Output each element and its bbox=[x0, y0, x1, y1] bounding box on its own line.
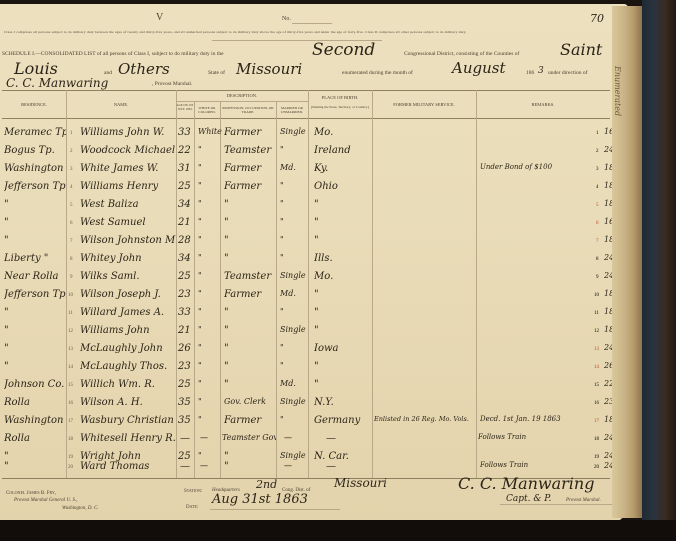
row-birthplace: " bbox=[314, 235, 372, 246]
row-name: Whitey John bbox=[80, 253, 176, 264]
row-name: Wilks Saml. bbox=[80, 271, 176, 282]
row-margin-index: 3 bbox=[596, 167, 599, 172]
row-married: Single bbox=[280, 397, 308, 406]
row-color: " bbox=[198, 181, 202, 190]
signature: C. C. Manwaring bbox=[458, 474, 594, 493]
row-margin-index: 7 bbox=[596, 239, 599, 244]
row-married: Single bbox=[280, 127, 308, 136]
table-header-bottom bbox=[2, 118, 610, 119]
marshal-name: C. C. Manwaring bbox=[6, 76, 108, 90]
book-cover bbox=[642, 0, 676, 541]
row-number: 11 bbox=[68, 311, 73, 316]
row-color: " bbox=[198, 199, 202, 208]
row-married: " bbox=[280, 361, 308, 370]
header-birthplace: Place of Birth. bbox=[308, 95, 372, 100]
row-age: 35 bbox=[178, 397, 191, 408]
table-row: Washington Tp.3White James W.31"FarmerMd… bbox=[0, 162, 610, 180]
row-name: Williams Henry bbox=[80, 181, 176, 192]
row-profession: " bbox=[224, 361, 276, 372]
row-married: Single bbox=[280, 271, 308, 280]
schedule-label: SCHEDULE I.—CONSOLIDATED LIST of all per… bbox=[2, 51, 224, 57]
row-number: 17 bbox=[68, 419, 73, 424]
row-profession: " bbox=[224, 343, 276, 354]
row-age: 23 bbox=[178, 289, 191, 300]
row-margin-index: 5 bbox=[596, 203, 599, 208]
row-number: 20 bbox=[68, 465, 73, 470]
bottom-shadow bbox=[0, 520, 676, 541]
row-former-service: Enlisted in 26 Reg. Mo. Vols. bbox=[374, 415, 476, 423]
marshal-title: , Provost Marshal. bbox=[152, 81, 192, 87]
row-residence: Washington Tp. bbox=[4, 415, 66, 426]
row-residence: " bbox=[4, 361, 66, 372]
table-top-border bbox=[2, 90, 610, 91]
row-number: 8 bbox=[70, 257, 73, 262]
row-birthplace: — bbox=[326, 433, 372, 444]
direction-label: under direction of bbox=[548, 70, 587, 76]
row-margin-index: 11 bbox=[594, 311, 599, 316]
row-profession: " bbox=[224, 379, 276, 390]
number-underline bbox=[292, 23, 332, 24]
row-birthplace: " bbox=[314, 307, 372, 318]
header-profession: Profession, Occupation, or Trade. bbox=[220, 106, 276, 114]
table-row: Johnson Co.15Willich Wm. R.25""Md."1522 bbox=[0, 378, 610, 396]
row-birthplace: Mo. bbox=[314, 271, 372, 282]
row-residence: Rolla bbox=[4, 397, 66, 408]
row-married: Single bbox=[280, 325, 308, 334]
row-birthplace: " bbox=[314, 361, 372, 372]
row-birthplace: Germany bbox=[314, 415, 372, 426]
row-profession: " bbox=[224, 461, 276, 472]
row-number: 5 bbox=[70, 203, 73, 208]
row-number: 2 bbox=[70, 149, 73, 154]
row-age: 34 bbox=[178, 253, 191, 264]
station-district: 2nd bbox=[256, 478, 277, 491]
row-birthplace: Mo. bbox=[314, 127, 372, 138]
row-number: 7 bbox=[70, 239, 73, 244]
row-name: West Samuel bbox=[80, 217, 176, 228]
number-label: No. bbox=[282, 16, 291, 22]
table-row: Meramec Tp.1Williams John W.33WhiteFarme… bbox=[0, 126, 610, 144]
row-residence: " bbox=[4, 217, 66, 228]
row-birthplace: N.Y. bbox=[314, 397, 372, 408]
row-number: 10 bbox=[68, 293, 73, 298]
row-married: " bbox=[280, 235, 308, 244]
row-residence: " bbox=[4, 235, 66, 246]
row-married: — bbox=[284, 461, 308, 470]
counties-part3: Others bbox=[118, 60, 170, 78]
row-age: 25 bbox=[178, 271, 191, 282]
row-name: Ward Thomas bbox=[80, 461, 176, 472]
row-number: 12 bbox=[68, 329, 73, 334]
table-row: Washington Tp.17Wasbury Christian35"Farm… bbox=[0, 414, 610, 432]
row-color: White bbox=[198, 127, 222, 136]
row-name: Willich Wm. R. bbox=[80, 379, 176, 390]
row-color: " bbox=[198, 343, 202, 352]
row-margin-index: 14 bbox=[594, 365, 599, 370]
row-residence: Jefferson Tp. bbox=[4, 289, 66, 300]
instructions-line: Class I comprises all persons subject to… bbox=[4, 30, 610, 34]
table-row: "7Wilson Johnston M.28""""718 bbox=[0, 234, 610, 252]
row-color: " bbox=[198, 271, 202, 280]
year-prefix: 186 bbox=[526, 70, 534, 76]
row-margin-index: 10 bbox=[594, 293, 599, 298]
date-underline bbox=[210, 509, 340, 510]
signature-rank: Capt. & P. bbox=[506, 494, 551, 504]
row-name: Wilson Johnston M. bbox=[80, 235, 176, 246]
row-name: Wilson A. H. bbox=[80, 397, 176, 408]
row-profession: Teamster bbox=[224, 145, 276, 156]
header-description: Description. bbox=[176, 93, 308, 98]
row-profession: Teamster Govt. bbox=[222, 433, 276, 442]
row-residence: Meramec Tp. bbox=[4, 127, 66, 138]
row-age: 26 bbox=[178, 343, 191, 354]
row-married: " bbox=[280, 199, 308, 208]
table-row: "6West Samuel21""""616 bbox=[0, 216, 610, 234]
row-number: 13 bbox=[68, 347, 73, 352]
row-residence: Rolla bbox=[4, 433, 66, 444]
tally-mark: V bbox=[156, 12, 163, 23]
row-margin-index: 6 bbox=[596, 221, 599, 226]
row-profession: Farmer bbox=[224, 163, 276, 174]
row-profession: Farmer bbox=[224, 181, 276, 192]
page-binding-edge: Enumerated bbox=[612, 6, 642, 518]
row-age: — bbox=[180, 461, 190, 472]
row-age: 33 bbox=[178, 127, 191, 138]
row-birthplace: " bbox=[314, 199, 372, 210]
header-former-service: Former Military Service. bbox=[372, 102, 476, 107]
row-birthplace: Ky. bbox=[314, 163, 372, 174]
row-color: " bbox=[198, 451, 202, 460]
state-label: State of bbox=[208, 70, 225, 76]
row-age: 21 bbox=[178, 325, 191, 336]
year-digit: 3 bbox=[538, 66, 544, 76]
row-name: Williams John bbox=[80, 325, 176, 336]
row-name: Wilson Joseph J. bbox=[80, 289, 176, 300]
table-row: "5West Baliza34""""518 bbox=[0, 198, 610, 216]
table-row: "14McLaughly Thos.23""""1426 bbox=[0, 360, 610, 378]
signature-title: Provost Marshal. bbox=[566, 498, 601, 503]
row-residence: " bbox=[4, 461, 66, 472]
row-profession: Gov. Clerk bbox=[224, 397, 276, 406]
page-number: 70 bbox=[590, 12, 604, 25]
row-number: 1 bbox=[70, 131, 73, 136]
row-age: 35 bbox=[178, 415, 191, 426]
row-margin-index: 13 bbox=[594, 347, 599, 352]
row-residence: " bbox=[4, 307, 66, 318]
row-age: 21 bbox=[178, 217, 191, 228]
row-remarks: Under Bond of $100 bbox=[480, 163, 590, 171]
row-married: " bbox=[280, 145, 308, 154]
row-color: " bbox=[198, 145, 202, 154]
row-number: 9 bbox=[70, 275, 73, 280]
row-age: — bbox=[180, 433, 190, 444]
row-residence: Johnson Co. bbox=[4, 379, 66, 390]
header-name: Name. bbox=[66, 102, 176, 107]
row-name: McLaughly Thos. bbox=[80, 361, 176, 372]
row-residence: Washington Tp. bbox=[4, 163, 66, 174]
state-value: Missouri bbox=[236, 60, 302, 78]
row-profession: Farmer bbox=[224, 289, 276, 300]
row-margin-index: 1 bbox=[596, 131, 599, 136]
row-number: 18 bbox=[68, 437, 73, 442]
row-name: Wasbury Christian bbox=[80, 415, 176, 426]
row-remarks: Follows Train bbox=[480, 461, 590, 469]
row-birthplace: " bbox=[314, 379, 372, 390]
row-color: — bbox=[200, 461, 208, 470]
row-color: " bbox=[198, 217, 202, 226]
row-profession: Farmer bbox=[224, 415, 276, 426]
row-remarks: Follows Train bbox=[478, 433, 588, 441]
row-name: West Baliza bbox=[80, 199, 176, 210]
row-married: " bbox=[280, 253, 308, 262]
row-birthplace: — bbox=[326, 461, 372, 472]
district-suffix: Congressional District, consisting of th… bbox=[404, 51, 519, 57]
table-row: Jefferson Tp.10Wilson Joseph J.23"Farmer… bbox=[0, 288, 610, 306]
row-name: McLaughly John bbox=[80, 343, 176, 354]
table-row: "12Williams John21""Single"1218 bbox=[0, 324, 610, 342]
station-state: Missouri bbox=[334, 476, 387, 490]
row-color: " bbox=[198, 235, 202, 244]
row-color: " bbox=[198, 379, 202, 388]
table-row: "13McLaughly John26"""Iowa1324 bbox=[0, 342, 610, 360]
date-label: Date: bbox=[186, 504, 198, 510]
station-label: Station: bbox=[184, 488, 202, 494]
row-color: " bbox=[198, 361, 202, 370]
row-color: " bbox=[198, 289, 202, 298]
row-age: 28 bbox=[178, 235, 191, 246]
row-married: Md. bbox=[280, 289, 308, 298]
row-margin-index: 8 bbox=[596, 257, 599, 262]
addressee-line2: Provost Marshal General U. S., bbox=[14, 498, 78, 503]
margin-note: Enumerated bbox=[613, 66, 622, 116]
table-row: Rolla16Wilson A. H.35"Gov. ClerkSingleN.… bbox=[0, 396, 610, 414]
row-married: " bbox=[280, 343, 308, 352]
row-age: 33 bbox=[178, 307, 191, 318]
row-age: 31 bbox=[178, 163, 191, 174]
row-margin-index: 16 bbox=[594, 401, 599, 406]
row-residence: Near Rolla bbox=[4, 271, 66, 282]
row-margin-index: 4 bbox=[596, 185, 599, 190]
header-age: Age on 1st July, 1863. bbox=[176, 104, 194, 111]
row-residence: " bbox=[4, 343, 66, 354]
addressee-line1: Colonel James B. Fry, bbox=[6, 490, 56, 496]
table-row: Bogus Tp.2Woodcock Michael22"Teamster"Ir… bbox=[0, 144, 610, 162]
row-profession: " bbox=[224, 235, 276, 246]
month-value: August bbox=[452, 59, 505, 77]
row-number: 3 bbox=[70, 167, 73, 172]
header-residence: Residence. bbox=[2, 102, 66, 107]
header-color: White or Colored. bbox=[194, 106, 220, 114]
district-value: Second bbox=[312, 40, 375, 60]
header-married: Married or Unmarried. bbox=[276, 106, 308, 114]
row-profession: " bbox=[224, 307, 276, 318]
table-row: Liberty "8Whitey John34"""Ills.824 bbox=[0, 252, 610, 270]
row-age: 25 bbox=[178, 181, 191, 192]
row-profession: " bbox=[224, 217, 276, 228]
row-margin-index: 9 bbox=[596, 275, 599, 280]
row-color: " bbox=[198, 397, 202, 406]
row-margin-index: 20 bbox=[594, 465, 599, 470]
row-margin-index: 12 bbox=[594, 329, 599, 334]
row-married: " bbox=[280, 217, 308, 226]
row-birthplace: Ohio bbox=[314, 181, 372, 192]
row-color: " bbox=[198, 307, 202, 316]
row-residence: " bbox=[4, 325, 66, 336]
table-row: Near Rolla9Wilks Saml.25"TeamsterSingleM… bbox=[0, 270, 610, 288]
row-married: Single bbox=[280, 451, 308, 460]
row-married: Md. bbox=[280, 379, 308, 388]
table-row: Jefferson Tp.4Williams Henry25"Farmer"Oh… bbox=[0, 180, 610, 198]
counties-part1: Saint bbox=[560, 40, 602, 59]
row-color: " bbox=[198, 163, 202, 172]
row-profession: Teamster bbox=[224, 271, 276, 282]
signature-underline bbox=[500, 504, 612, 505]
row-profession: " bbox=[224, 199, 276, 210]
row-margin-index: 18 bbox=[594, 437, 599, 442]
row-birthplace: Ills. bbox=[314, 253, 372, 264]
row-name: Woodcock Michael bbox=[80, 145, 176, 156]
description-subrule bbox=[176, 101, 308, 102]
row-married: " bbox=[280, 415, 308, 424]
table-row: Rolla18Whitesell Henry R.——Teamster Govt… bbox=[0, 432, 610, 450]
row-margin-index: 15 bbox=[594, 383, 599, 388]
register-page: V No. 70 Class I comprises all persons s… bbox=[0, 4, 628, 524]
row-margin-index: 2 bbox=[596, 149, 599, 154]
row-age: 25 bbox=[178, 379, 191, 390]
row-color: " bbox=[198, 325, 202, 334]
row-name: Whitesell Henry R. bbox=[80, 433, 176, 444]
enumerated-label: enumerated during the month of bbox=[342, 70, 413, 76]
row-birthplace: " bbox=[314, 217, 372, 228]
row-margin-index: 17 bbox=[594, 419, 599, 424]
row-residence: " bbox=[4, 199, 66, 210]
row-age: 34 bbox=[178, 199, 191, 210]
row-profession: " bbox=[224, 253, 276, 264]
row-remarks: Decd. 1st Jan. 19 1863 bbox=[480, 415, 590, 423]
row-married: Md. bbox=[280, 163, 308, 172]
row-color: " bbox=[198, 415, 202, 424]
row-number: 15 bbox=[68, 383, 73, 388]
row-number: 14 bbox=[68, 365, 73, 370]
header-birthplace-note: (Naming the State, Territory, or Country… bbox=[308, 105, 372, 109]
row-age: 22 bbox=[178, 145, 191, 156]
row-birthplace: " bbox=[314, 289, 372, 300]
row-number: 16 bbox=[68, 401, 73, 406]
row-color: — bbox=[200, 433, 208, 442]
row-name: Willard James A. bbox=[80, 307, 176, 318]
row-number: 6 bbox=[70, 221, 73, 226]
row-color: " bbox=[198, 253, 202, 262]
table-row: "11Willard James A.33""""1118 bbox=[0, 306, 610, 324]
addressee-line3: Washington, D. C. bbox=[62, 506, 99, 511]
row-married: " bbox=[280, 307, 308, 316]
row-name: White James W. bbox=[80, 163, 176, 174]
row-age: 23 bbox=[178, 361, 191, 372]
header-remarks: Remarks. bbox=[476, 102, 610, 107]
row-residence: Jefferson Tp. bbox=[4, 181, 66, 192]
row-name: Williams John W. bbox=[80, 127, 176, 138]
row-married: — bbox=[284, 433, 308, 442]
row-profession: Farmer bbox=[224, 127, 276, 138]
row-residence: Bogus Tp. bbox=[4, 145, 66, 156]
row-residence: Liberty " bbox=[4, 253, 66, 264]
row-birthplace: " bbox=[314, 325, 372, 336]
date-value: Aug 31st 1863 bbox=[212, 492, 308, 507]
row-married: " bbox=[280, 181, 308, 190]
row-number: 4 bbox=[70, 185, 73, 190]
row-profession: " bbox=[224, 325, 276, 336]
row-birthplace: Ireland bbox=[314, 145, 372, 156]
row-birthplace: Iowa bbox=[314, 343, 372, 354]
